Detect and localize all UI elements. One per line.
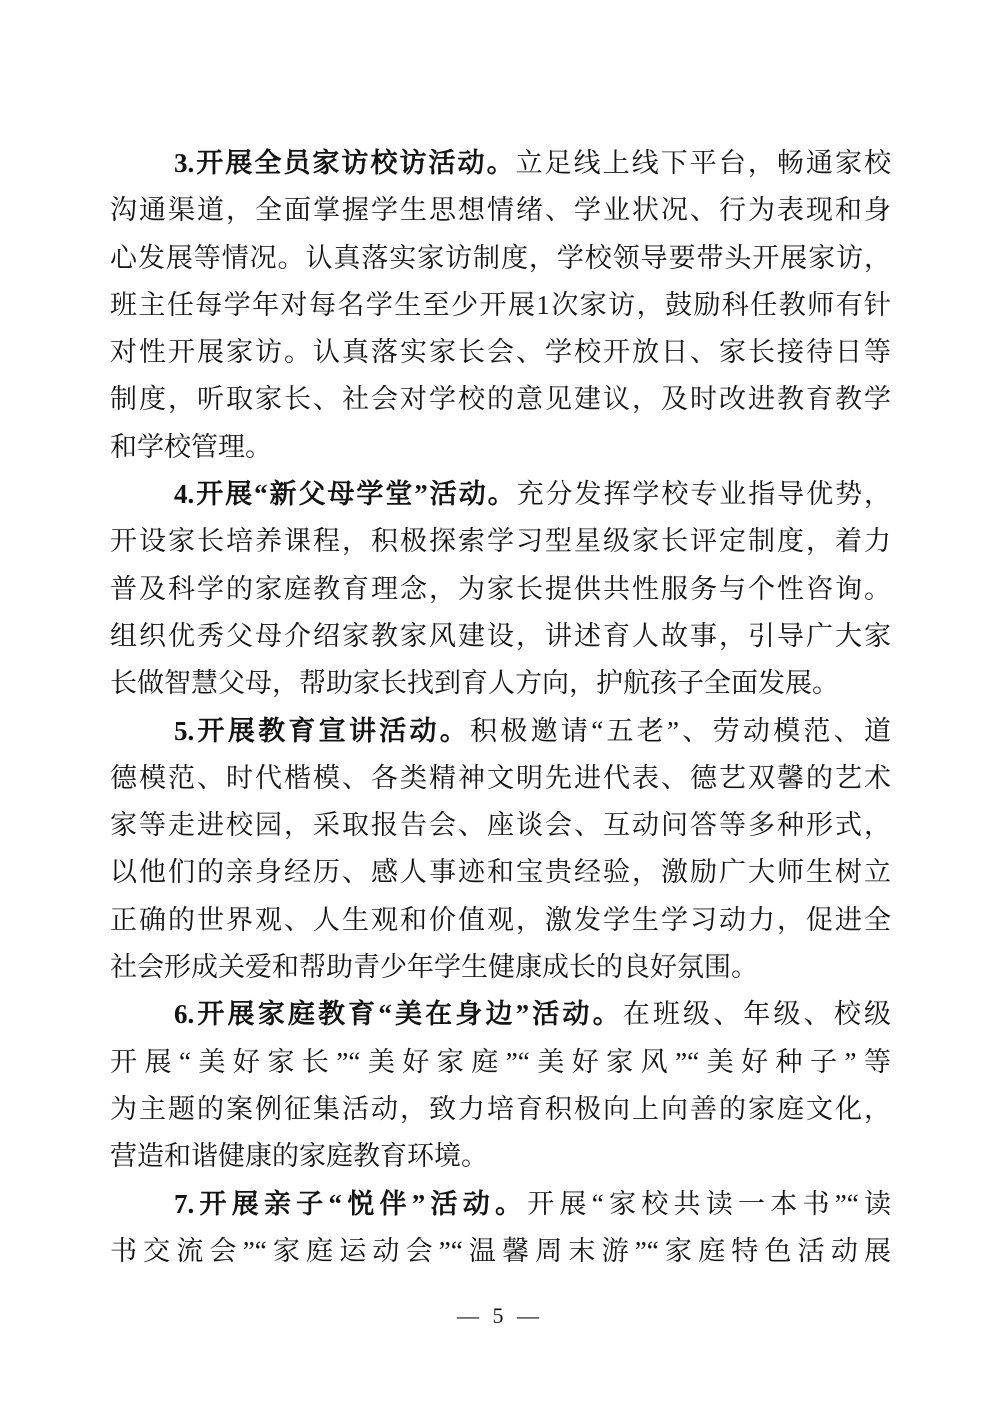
text-line: 正确的世界观、人生观和价值观，激发学生学习动力，促进全 bbox=[110, 897, 891, 944]
text-line: 为主题的案例征集活动，致力培育积极向上向善的家庭文化， bbox=[110, 1086, 891, 1133]
paragraph-lead: 7.开展亲子“悦伴”活动。 bbox=[174, 1189, 527, 1219]
paragraph-text: 开展“家校共读一本书”“读 bbox=[527, 1189, 891, 1219]
text-line: 开展“美好家长”“美好家庭”“美好家风”“美好种子”等 bbox=[110, 1039, 891, 1086]
paragraph-text: 立足线上线下平台，畅通家校 bbox=[516, 148, 891, 178]
text-line: 营造和谐健康的家庭教育环境。 bbox=[110, 1133, 891, 1180]
text-line: 6.开展家庭教育“美在身边”活动。在班级、年级、校级 bbox=[110, 991, 891, 1038]
text-line: 4.开展“新父母学堂”活动。充分发挥学校专业指导优势， bbox=[110, 471, 891, 518]
paragraph-3: 3.开展全员家访校访活动。立足线上线下平台，畅通家校 沟通渠道，全面掌握学生思想… bbox=[110, 140, 891, 471]
text-line: 7.开展亲子“悦伴”活动。开展“家校共读一本书”“读 bbox=[110, 1181, 891, 1228]
paragraph-text: 充分发挥学校专业指导优势， bbox=[517, 479, 891, 509]
paragraph-lead: 5.开展教育宣讲活动。 bbox=[174, 716, 470, 746]
text-line: 3.开展全员家访校访活动。立足线上线下平台，畅通家校 bbox=[110, 140, 891, 187]
paragraph-5: 5.开展教育宣讲活动。积极邀请“五老”、劳动模范、道 德模范、时代楷模、各类精神… bbox=[110, 708, 891, 992]
document-page: 3.开展全员家访校访活动。立足线上线下平台，畅通家校 沟通渠道，全面掌握学生思想… bbox=[0, 0, 1000, 1414]
paragraph-lead: 6.开展家庭教育“美在身边”活动。 bbox=[174, 999, 623, 1029]
text-line: 长做智慧父母，帮助家长找到育人方向，护航孩子全面发展。 bbox=[110, 660, 891, 707]
text-line: 开设家长培养课程，积极探索学习型星级家长评定制度，着力 bbox=[110, 518, 891, 565]
text-line: 家等走进校园，采取报告会、座谈会、互动问答等多种形式， bbox=[110, 802, 891, 849]
text-line: 社会形成关爱和帮助青少年学生健康成长的良好氛围。 bbox=[110, 944, 891, 991]
text-line: 制度，听取家长、社会对学校的意见建议，及时改进教育教学 bbox=[110, 376, 891, 423]
text-line: 心发展等情况。认真落实家访制度，学校领导要带头开展家访， bbox=[110, 235, 891, 282]
text-line: 德模范、时代楷模、各类精神文明先进代表、德艺双馨的艺术 bbox=[110, 755, 891, 802]
text-line: 和学校管理。 bbox=[110, 424, 891, 471]
paragraph-lead: 4.开展“新父母学堂”活动。 bbox=[174, 479, 517, 509]
text-line: 5.开展教育宣讲活动。积极邀请“五老”、劳动模范、道 bbox=[110, 708, 891, 755]
text-line: 书交流会”“家庭运动会”“温馨周末游”“家庭特色活动展 bbox=[110, 1228, 891, 1275]
text-line: 沟通渠道，全面掌握学生思想情绪、学业状况、行为表现和身 bbox=[110, 187, 891, 234]
paragraph-6: 6.开展家庭教育“美在身边”活动。在班级、年级、校级 开展“美好家长”“美好家庭… bbox=[110, 991, 891, 1180]
paragraph-lead: 3.开展全员家访校访活动。 bbox=[174, 148, 516, 178]
text-line: 以他们的亲身经历、感人事迹和宝贵经验，激励广大师生树立 bbox=[110, 849, 891, 896]
document-body: 3.开展全员家访校访活动。立足线上线下平台，畅通家校 沟通渠道，全面掌握学生思想… bbox=[110, 140, 891, 1275]
paragraph-7: 7.开展亲子“悦伴”活动。开展“家校共读一本书”“读 书交流会”“家庭运动会”“… bbox=[110, 1181, 891, 1276]
text-line: 组织优秀父母介绍家教家风建设，讲述育人故事，引导广大家 bbox=[110, 613, 891, 660]
paragraph-4: 4.开展“新父母学堂”活动。充分发挥学校专业指导优势， 开设家长培养课程，积极探… bbox=[110, 471, 891, 707]
paragraph-text: 积极邀请“五老”、劳动模范、道 bbox=[470, 716, 891, 746]
paragraph-text: 在班级、年级、校级 bbox=[623, 999, 891, 1029]
text-line: 对性开展家访。认真落实家长会、学校开放日、家长接待日等 bbox=[110, 329, 891, 376]
text-line: 班主任每学年对每名学生至少开展1次家访，鼓励科任教师有针 bbox=[110, 282, 891, 329]
text-line: 普及科学的家庭教育理念，为家长提供共性服务与个性咨询。 bbox=[110, 566, 891, 613]
page-number: — 5 — bbox=[0, 1296, 1000, 1336]
